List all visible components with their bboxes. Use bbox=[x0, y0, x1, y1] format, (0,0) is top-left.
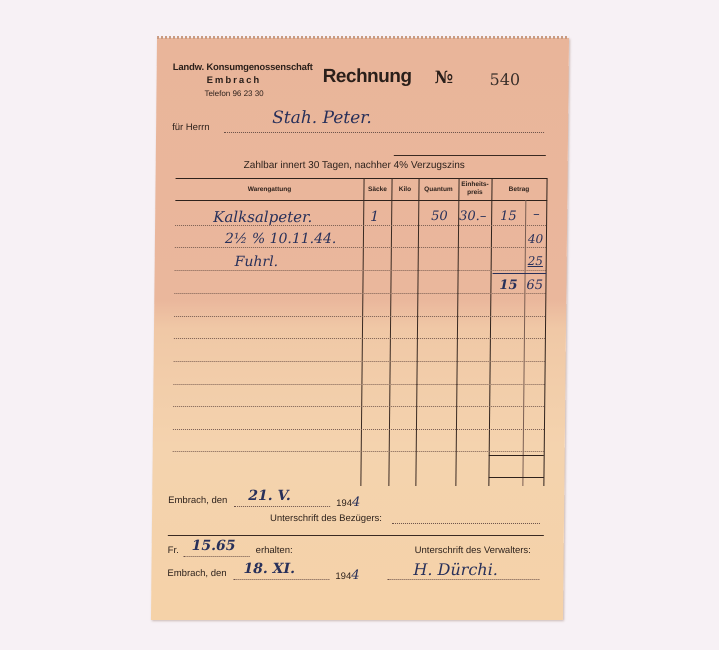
col-divider-rappen bbox=[522, 200, 526, 486]
col-quantum: Quantum bbox=[418, 186, 458, 194]
receipt-date: 18. XI. bbox=[243, 561, 295, 577]
col-warengattung: Warengattung bbox=[175, 186, 363, 194]
sum-underline bbox=[493, 273, 547, 274]
received-label: erhalten: bbox=[256, 545, 293, 556]
customer-label: für Herrn bbox=[172, 122, 210, 133]
row-quantum: 50 bbox=[431, 209, 448, 224]
document-title: Rechnung bbox=[323, 66, 412, 88]
issue-year: 1944 bbox=[336, 495, 360, 510]
recipient-signature-line bbox=[392, 523, 540, 524]
col-einheitspreis: Einheits- preis bbox=[458, 181, 491, 197]
row-einheitspreis: 30.– bbox=[459, 209, 486, 224]
manager-signature-label: Unterschrift des Verwalters: bbox=[415, 545, 531, 556]
perforated-edge bbox=[157, 36, 569, 39]
col-betrag: Betrag bbox=[491, 186, 546, 194]
payment-terms: Zahlbar innert 30 Tagen, nachher 4% Verz… bbox=[244, 160, 465, 171]
total-betrag-rp: 65 bbox=[526, 278, 543, 293]
receipt-year: 1944 bbox=[335, 568, 359, 583]
row-description: Fuhrl. bbox=[235, 254, 279, 270]
sum-box-bottom bbox=[488, 477, 543, 478]
col-kilo: Kilo bbox=[391, 186, 418, 194]
customer-line bbox=[224, 132, 544, 133]
organization-name: Landw. Konsumgenossenschaft bbox=[173, 62, 313, 73]
issue-place-label: Embrach, den bbox=[168, 495, 227, 506]
row-saecke: 1 bbox=[370, 209, 379, 225]
row-description: Kalksalpeter. bbox=[213, 208, 312, 226]
currency-label: Fr. bbox=[168, 545, 179, 556]
customer-name: Stah. Peter. bbox=[272, 108, 372, 128]
invoice-number: 540 bbox=[490, 70, 521, 89]
organization-phone: Telefon 96 23 30 bbox=[204, 89, 263, 98]
row-betrag-rp: 40 bbox=[528, 232, 543, 246]
sum-box-top bbox=[489, 455, 544, 456]
organization-town: Embrach bbox=[207, 75, 262, 86]
terms-rule bbox=[394, 155, 546, 156]
total-betrag-fr: 15 bbox=[499, 278, 517, 293]
row-description: 2½ % 10.11.44. bbox=[225, 231, 337, 247]
received-amount: 15.65 bbox=[192, 538, 236, 554]
row-betrag-rp: – bbox=[533, 207, 540, 222]
number-label: № bbox=[435, 68, 454, 88]
manager-signature-line bbox=[387, 579, 539, 580]
row-betrag-fr: 15 bbox=[500, 209, 517, 224]
receipt-place-label: Embrach, den bbox=[167, 568, 226, 579]
manager-signature: H. Dürchi. bbox=[413, 560, 498, 579]
section-rule bbox=[168, 535, 544, 536]
col-saecke: Säcke bbox=[363, 186, 391, 194]
invoice-paper: Landw. Konsumgenossenschaft Embrach Tele… bbox=[151, 38, 569, 620]
recipient-signature-label: Unterschrift des Bezügers: bbox=[270, 513, 382, 524]
row-betrag-rp: 25 bbox=[528, 254, 543, 268]
issue-date: 21. V. bbox=[248, 488, 291, 504]
